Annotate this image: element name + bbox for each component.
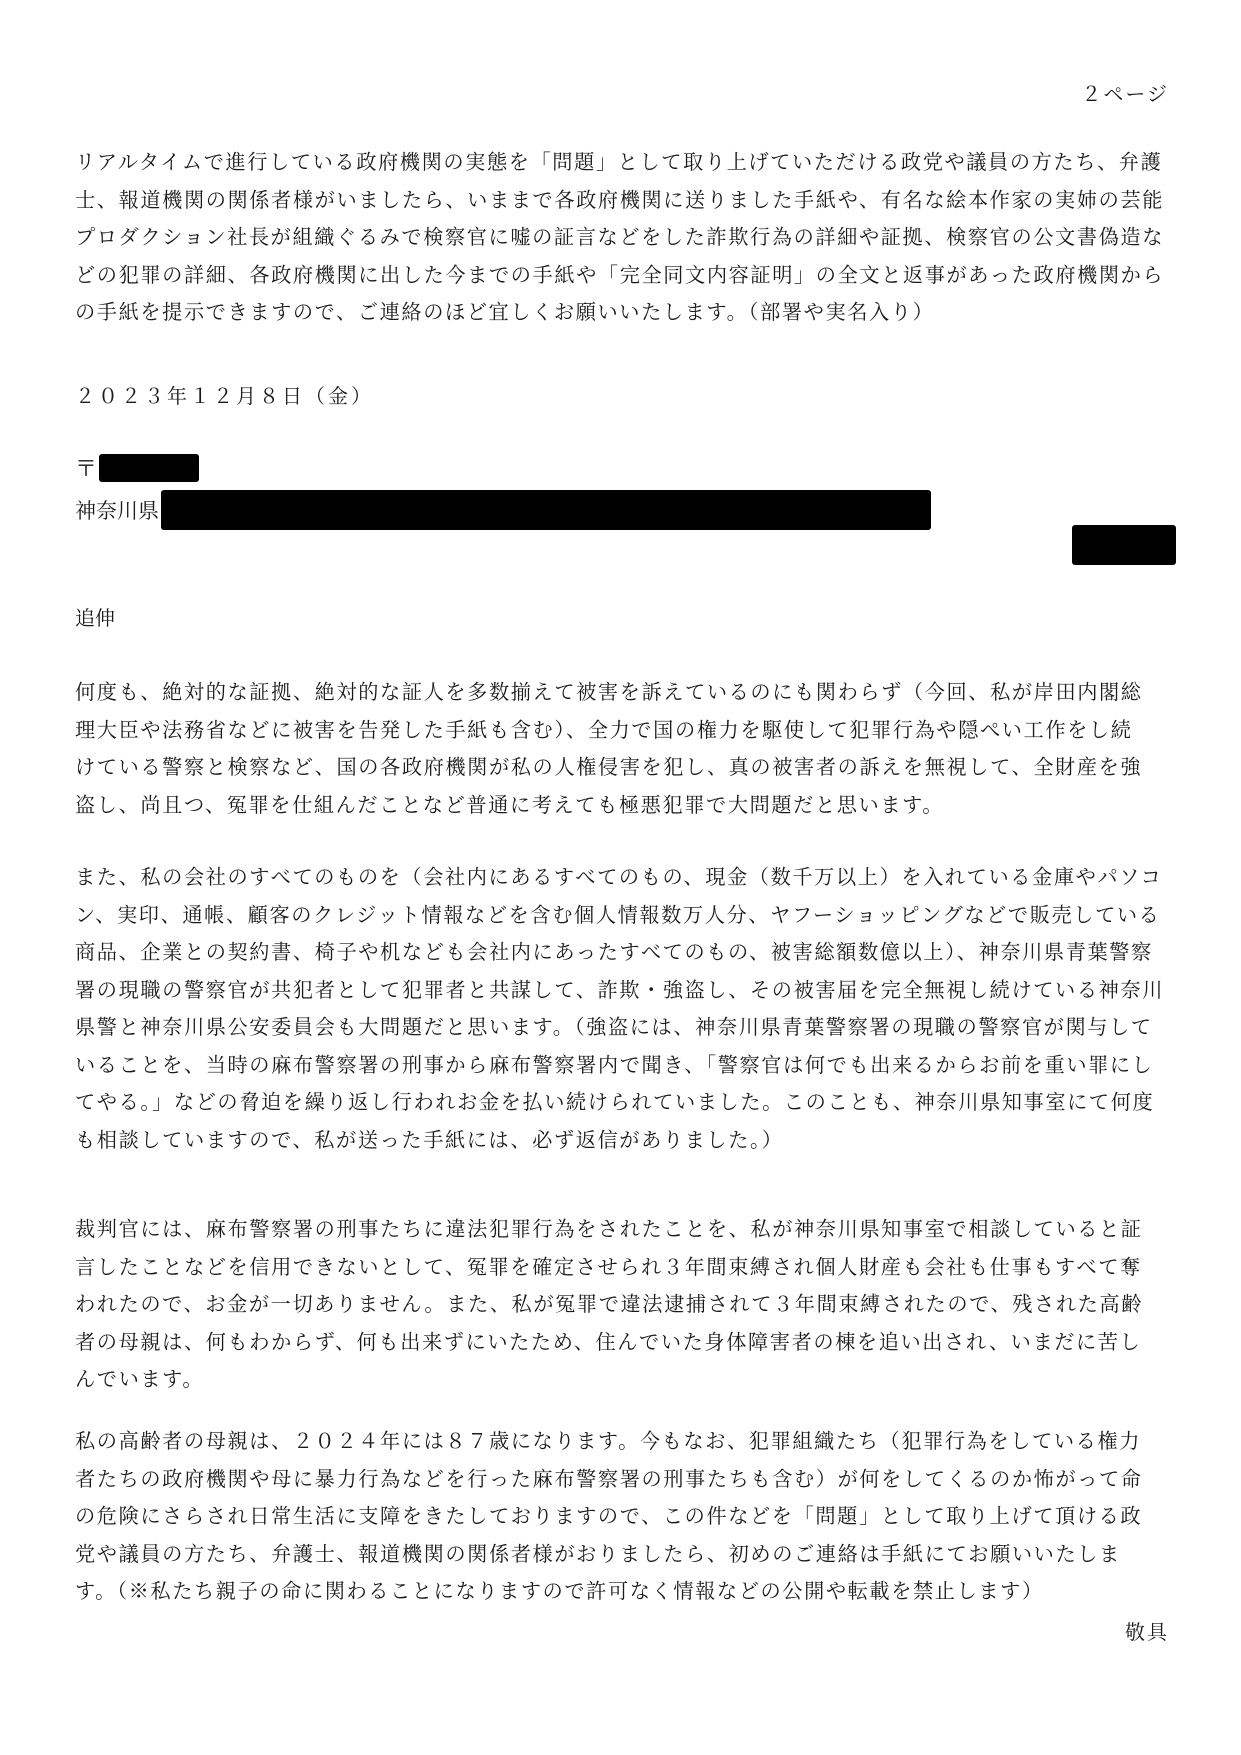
postscript-paragraph-4: 私の高齢者の母親は、２０２４年には８７歳になります。今もなお、犯罪組織たち（犯罪…	[75, 1423, 1175, 1611]
text-line: 者たちの政府機関や母に暴力行為などを行った麻布警察署の刑事たちも含む）が何をして…	[75, 1461, 1175, 1499]
text-line: んでいます。	[75, 1361, 1175, 1399]
text-line: 裁判官には、麻布警察署の刑事たちに違法犯罪行為をされたことを、私が神奈川県知事室…	[75, 1211, 1175, 1249]
text-line: プロダクション社長が組織ぐるみで検察官に嘘の証言などをした詐欺行為の詳細や証拠、…	[75, 219, 1175, 257]
postscript-paragraph-2: また、私の会社のすべてのものを（会社内にあるすべてのもの、現金（数千万以上）を入…	[75, 859, 1175, 1159]
prefecture: 神奈川県	[75, 495, 159, 525]
text-line: いることを、当時の麻布警察署の刑事から麻布警察署内で聞き、「警察官は何でも出来る…	[75, 1047, 1175, 1085]
text-line: 署の現職の警察官が共犯者として犯罪者と共謀して、詐欺・強盗し、その被害届を完全無…	[75, 972, 1175, 1010]
text-line: の手紙を提示できますので、ご連絡のほど宜しくお願いいたします。（部署や実名入り）	[75, 294, 1175, 332]
text-line: も相談していますので、私が送った手紙には、必ず返信がありました。）	[75, 1122, 1175, 1160]
text-line: どの犯罪の詳細、各政府機関に出した今までの手紙や「完全同文内容証明」の全文と返事…	[75, 257, 1175, 295]
text-line: ン、実印、通帳、顧客のクレジット情報などを含む個人情報数万人分、ヤフーショッピン…	[75, 897, 1175, 935]
text-line: 商品、企業との契約書、椅子や机なども会社内にあったすべてのもの、被害総額数億以上…	[75, 934, 1175, 972]
letter-date: ２０２３年１２月８日（金）	[75, 380, 374, 409]
intro-paragraph: リアルタイムで進行している政府機関の実態を「問題」として取り上げていただける政党…	[75, 144, 1175, 332]
text-line: 者の母親は、何もわからず、何も出来ずにいたため、住んでいた身体障害者の棟を追い出…	[75, 1324, 1175, 1362]
redacted-postal-code	[99, 454, 199, 482]
postal-code-line: 〒	[75, 452, 199, 483]
text-line: 士、報道機関の関係者様がいましたら、いままで各政府機関に送りました手紙や、有名な…	[75, 182, 1175, 220]
redacted-sender-name	[1072, 525, 1176, 565]
text-line: てやる。」などの脅迫を繰り返し行われお金を払い続けられていました。このことも、神…	[75, 1084, 1175, 1122]
postscript-heading: 追伸	[75, 602, 115, 631]
postscript-paragraph-1: 何度も、絶対的な証拠、絶対的な証人を多数揃えて被害を訴えているのにも関わらず（今…	[75, 674, 1175, 824]
text-line: けている警察と検察など、国の各政府機関が私の人権侵害を犯し、真の被害者の訴えを無…	[75, 749, 1175, 787]
address-line: 神奈川県	[75, 490, 931, 530]
text-line: 私の高齢者の母親は、２０２４年には８７歳になります。今もなお、犯罪組織たち（犯罪…	[75, 1423, 1175, 1461]
text-line: 理大臣や法務省などに被害を告発した手紙も含む）、全力で国の権力を駆使して犯罪行為…	[75, 712, 1175, 750]
text-line: 県警と神奈川県公安委員会も大問題だと思います。（強盗には、神奈川県青葉警察署の現…	[75, 1009, 1175, 1047]
redacted-address	[161, 490, 931, 530]
text-line: 盗し、尚且つ、冤罪を仕組んだことなど普通に考えても極悪犯罪で大問題だと思います。	[75, 787, 1175, 825]
text-line: われたので、お金が一切ありません。また、私が冤罪で違法逮捕されて３年間束縛された…	[75, 1286, 1175, 1324]
text-line: リアルタイムで進行している政府機関の実態を「問題」として取り上げていただける政党…	[75, 144, 1175, 182]
text-line: の危険にさらされ日常生活に支障をきたしておりますので、この件などを「問題」として…	[75, 1498, 1175, 1536]
page-number: ２ページ	[1081, 78, 1169, 107]
text-line: す。（※私たち親子の命に関わることになりますので許可なく情報などの公開や転載を禁…	[75, 1573, 1175, 1611]
text-line: 党や議員の方たち、弁護士、報道機関の関係者様がおりましたら、初めのご連絡は手紙に…	[75, 1536, 1175, 1574]
postscript-paragraph-3: 裁判官には、麻布警察署の刑事たちに違法犯罪行為をされたことを、私が神奈川県知事室…	[75, 1211, 1175, 1399]
text-line: 言したことなどを信用できないとして、冤罪を確定させられ３年間束縛され個人財産も会…	[75, 1249, 1175, 1287]
closing-salutation: 敬具	[1125, 1616, 1169, 1645]
text-line: また、私の会社のすべてのものを（会社内にあるすべてのもの、現金（数千万以上）を入…	[75, 859, 1175, 897]
postal-mark: 〒	[75, 452, 97, 483]
text-line: 何度も、絶対的な証拠、絶対的な証人を多数揃えて被害を訴えているのにも関わらず（今…	[75, 674, 1175, 712]
